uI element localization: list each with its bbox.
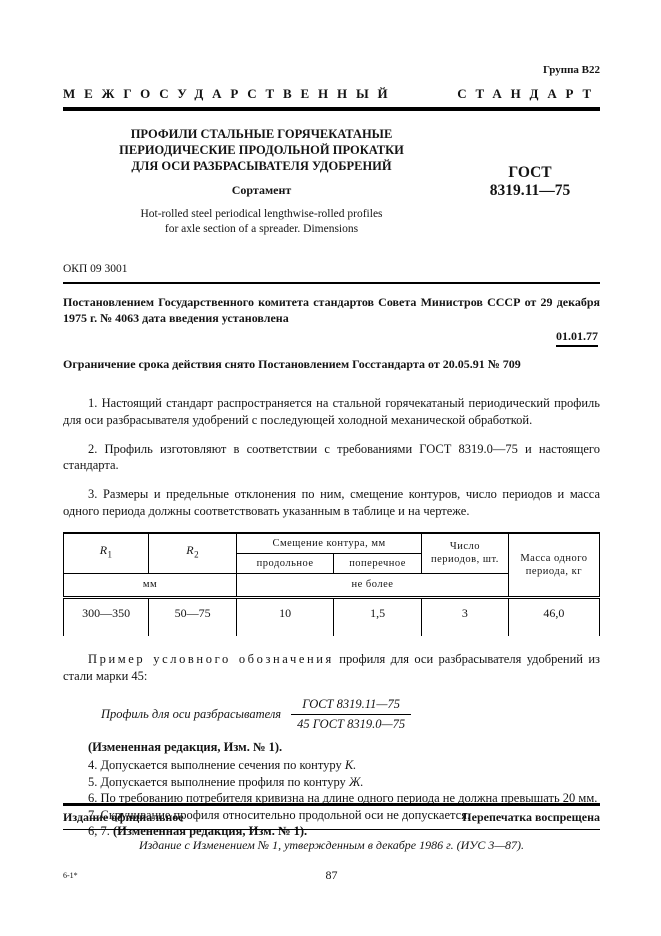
cell-r2: 50—75	[149, 597, 237, 636]
gost-number-block: ГОСТ 8319.11—75	[460, 126, 600, 236]
page-number: 87	[63, 868, 600, 883]
page-content: Группа В22 МЕЖГОСУДАРСТВЕННЫЙ СТАНДАРТ П…	[63, 0, 600, 840]
col-header-mass: Масса одного периода, кг	[508, 533, 599, 598]
document-title-ru: ПРОФИЛИ СТАЛЬНЫЕ ГОРЯЧЕКАТАНЫЕ ПЕРИОДИЧЕ…	[63, 126, 460, 174]
okp-divider	[63, 282, 600, 284]
gost-label: ГОСТ	[460, 164, 600, 182]
designation-formula: Профиль для оси разбрасывателя ГОСТ 8319…	[101, 697, 600, 732]
header-divider	[63, 107, 600, 111]
page-footer: Издание официальное Перепечатка воспреще…	[63, 803, 600, 882]
title-en-line2: for axle section of a spreader. Dimensio…	[63, 222, 460, 237]
title-left-column: ПРОФИЛИ СТАЛЬНЫЕ ГОРЯЧЕКАТАНЫЕ ПЕРИОДИЧЕ…	[63, 126, 460, 236]
standard-type-word2: СТАНДАРТ	[457, 86, 600, 102]
col-header-contour-shift: Смещение контура, мм	[237, 533, 422, 554]
group-label: Группа В22	[63, 64, 600, 76]
dimensions-table: R1 R2 Смещение контура, мм Число периодо…	[63, 532, 600, 636]
clause-4-contour-letter: К.	[345, 758, 356, 772]
gost-designation: ГОСТ 8319.11—75	[460, 164, 600, 200]
print-code: 6-1*	[63, 871, 78, 880]
cell-longitudinal: 10	[237, 597, 334, 636]
title-ru-line1: ПРОФИЛИ СТАЛЬНЫЕ ГОРЯЧЕКАТАНЫЕ	[63, 126, 460, 142]
col-header-r2: R2	[149, 533, 237, 574]
document-subtitle: Сортамент	[63, 183, 460, 198]
edition-note: Издание с Изменением № 1, утвержденным в…	[63, 838, 600, 853]
clause-5-contour-letter: Ж.	[349, 775, 364, 789]
okp-code: ОКП 09 3001	[63, 263, 600, 275]
table-row: 300—350 50—75 10 1,5 3 46,0	[64, 597, 600, 636]
cell-mass: 46,0	[508, 597, 599, 636]
cell-periods: 3	[422, 597, 509, 636]
decree-text: Постановлением Государственного комитета…	[63, 294, 600, 326]
title-en-line1: Hot-rolled steel periodical lengthwise-r…	[63, 207, 460, 222]
clause-4: 4. Допускается выполнение сечения по кон…	[63, 757, 600, 774]
official-edition-label: Издание официальное	[63, 810, 184, 825]
restriction-note: Ограничение срока действия снято Постано…	[63, 357, 600, 372]
col-header-longitudinal: продольное	[237, 553, 334, 573]
standard-type-heading: МЕЖГОСУДАРСТВЕННЫЙ СТАНДАРТ	[63, 86, 600, 102]
units-not-more: не более	[237, 573, 509, 597]
col-header-transverse: поперечное	[334, 553, 422, 573]
introduction-date: 01.01.77	[556, 329, 598, 347]
document-title-en: Hot-rolled steel periodical lengthwise-r…	[63, 207, 460, 236]
body-paragraphs: 1. Настоящий стандарт распространяется н…	[63, 395, 600, 519]
page-number-row: 6-1* 87	[63, 868, 600, 882]
title-ru-line2: ПЕРИОДИЧЕСКИЕ ПРОДОЛЬНОЙ ПРОКАТКИ	[63, 142, 460, 158]
title-block: ПРОФИЛИ СТАЛЬНЫЕ ГОРЯЧЕКАТАНЫЕ ПЕРИОДИЧЕ…	[63, 126, 600, 236]
footer-legal-row: Издание официальное Перепечатка воспреще…	[63, 810, 600, 825]
paragraph-3: 3. Размеры и предельные отклонения по ни…	[63, 486, 600, 519]
example-lead-spaced: Пример условного обозначения	[88, 652, 334, 666]
paragraph-1: 1. Настоящий стандарт распространяется н…	[63, 395, 600, 428]
col-header-r1: R1	[64, 533, 149, 574]
amendment-note: (Измененная редакция, Изм. № 1).	[88, 740, 600, 755]
footer-divider-thick	[63, 803, 600, 806]
paragraph-2: 2. Профиль изготовляют в соответствии с …	[63, 441, 600, 474]
formula-numerator: ГОСТ 8319.11—75	[291, 697, 411, 715]
formula-denominator: 45 ГОСТ 8319.0—75	[291, 715, 411, 732]
units-mm: мм	[64, 573, 237, 597]
cell-r1: 300—350	[64, 597, 149, 636]
formula-fraction: ГОСТ 8319.11—75 45 ГОСТ 8319.0—75	[291, 697, 411, 732]
designation-example-lead: Пример условного обозначения профиля для…	[63, 651, 600, 685]
formula-label: Профиль для оси разбрасывателя	[101, 707, 281, 722]
cell-transverse: 1,5	[334, 597, 422, 636]
clause-5: 5. Допускается выполнение профиля по кон…	[63, 774, 600, 791]
gost-number: 8319.11—75	[460, 182, 600, 200]
reprint-prohibited-label: Перепечатка воспрещена	[462, 810, 600, 825]
standard-type-word1: МЕЖГОСУДАРСТВЕННЫЙ	[63, 86, 397, 102]
col-header-periods: Число периодов, шт.	[422, 533, 509, 574]
title-ru-line3: ДЛЯ ОСИ РАЗБРАСЫВАТЕЛЯ УДОБРЕНИЙ	[63, 158, 460, 174]
footer-divider-thin	[63, 829, 600, 830]
